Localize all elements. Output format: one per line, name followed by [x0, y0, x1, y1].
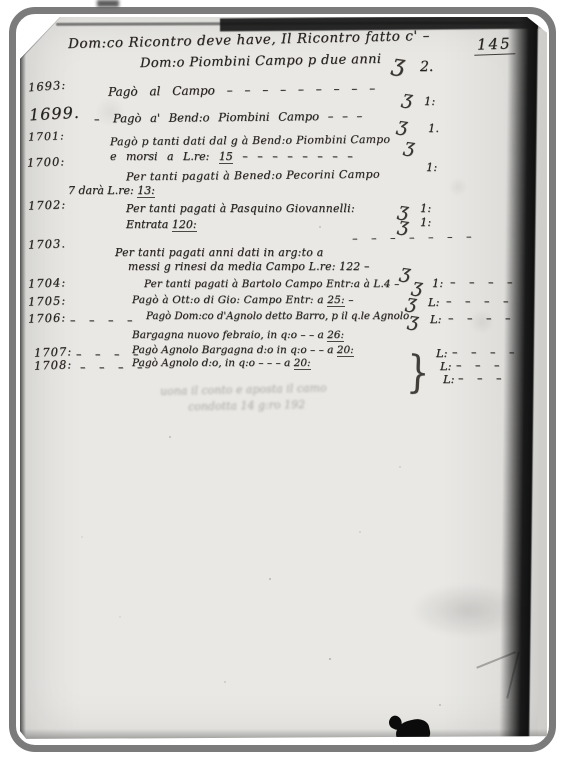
entry-text: Pagò à Ott:o di Gio: Campo Entr: a [132, 294, 327, 306]
entry-1702-line1: Per tanti pagati à Pasquino Giovannelli: [126, 202, 355, 215]
entry-dashes: – [345, 294, 354, 306]
amount-1702-b: 1: [420, 215, 431, 229]
top-edge-smudge [97, 0, 119, 7]
entry-text: Pagò Agnolo Bargagna d:o in q:o – – a [132, 344, 337, 356]
bleed-through-line-1: uona il conto e aposta il camo [160, 381, 327, 397]
year-1693: 1693: [28, 78, 67, 95]
entry-1700-line2: 7 darà L.re: 13: [68, 184, 155, 197]
entry-1703-line1: Per tanti pagati anni dati in arg:to a [115, 246, 324, 259]
year-1700: 1700: [27, 154, 66, 169]
dash-run-1707: – – – – [452, 346, 515, 359]
entry-1701-line1: Pagò p tanti dati dal g à Bend:o Piombin… [110, 133, 390, 148]
flourish: ʒ [396, 113, 410, 136]
dash-1707: – – – – [76, 348, 139, 361]
entry-1701-line2: e morsi a L.re: 15 – – – – – – – – [110, 150, 353, 163]
entry-1708: Pagò Agnolo d:o, in q:o – – – a 20: [132, 357, 311, 369]
entry-1700-line1: Per tanti pagati à Bened:o Pecorini Camp… [126, 168, 380, 184]
dash-run-1704: – – – – [450, 276, 513, 289]
dash-1699: – [94, 113, 100, 126]
entry-text: Bargagna nuovo febraio, in q:o – – a [132, 329, 327, 341]
year-1702: 1702: [28, 197, 67, 212]
underlined-amount: 120: [172, 218, 197, 232]
year-1699: 1699. [29, 103, 81, 125]
amount-1693: 1: [424, 94, 435, 108]
entry-1706-line1: Pagò Dom:co d'Agnolo detto Barro, p il q… [146, 311, 409, 322]
year-1706: 1706: [28, 310, 67, 325]
amount-1699: 1. [428, 121, 439, 135]
amount-1708-b: L: [443, 372, 455, 386]
amount-1705: L: [428, 295, 440, 309]
amount-1704: 1: [432, 276, 443, 290]
paper-smudge [410, 583, 525, 638]
year-1704: 1704: [28, 275, 67, 290]
amount-1706: L: [430, 312, 442, 326]
manuscript-page: 145 Dom:co Ricontro deve have, Il Ricont… [20, 17, 547, 739]
dash-run-1706: – – – – [448, 312, 511, 325]
entry-text: Entrata [126, 218, 172, 231]
entry-1706-line2: Bargagna nuovo febraio, in q:o – – a 26: [132, 329, 344, 341]
entry-text: Pagò Agnolo d:o, in q:o – – – a [132, 357, 294, 369]
underlined-amount: 25: [327, 294, 345, 307]
amount-1701: 1: [426, 160, 437, 174]
entry-1693: Pagò al Campo – – – – – – – – – [108, 81, 375, 99]
dash-run-1708-b: – – – [458, 372, 502, 385]
year-1703: 1703. [28, 236, 66, 251]
flourish: ʒ [399, 260, 413, 283]
year-1708: 1708: [34, 357, 73, 372]
amount-1708-a: L: [440, 359, 452, 373]
brace-flourish: } [406, 346, 431, 398]
dash-run-1708-a: – – – [456, 359, 500, 372]
entry-1704: Per tanti pagati à Bartolo Campo Entr:a … [144, 278, 400, 290]
header-line-2: Dom:o Piombini Campo p due anni [140, 52, 382, 71]
paper-left-edge [20, 17, 26, 739]
entry-dashes: – – – – – – – – [233, 150, 353, 163]
amount-1702-a: 1: [420, 201, 431, 215]
year-1705: 1705: [28, 293, 67, 308]
entry-1705: Pagò à Ott:o di Gio: Campo Entr: a 25: – [132, 294, 354, 306]
header-amount: 2. [420, 59, 433, 75]
dash-run-1705: – – – – [446, 295, 509, 308]
underlined-amount: 13: [137, 184, 155, 198]
year-1701: 1701: [28, 129, 65, 143]
flourish: ʒ [401, 86, 415, 109]
entry-1699: Pagò a' Bend:o Piombini Campo – – – [113, 109, 362, 126]
entry-text: e morsi a L.re: [110, 150, 219, 163]
underlined-amount: 20: [337, 344, 354, 357]
amount-1707: L: [436, 346, 448, 360]
flourish: ʒ [407, 308, 421, 331]
entry-1707: Pagò Agnolo Bargagna d:o in q:o – – a 20… [132, 344, 354, 356]
header-flourish: ʒ [390, 50, 406, 78]
page-number: 145 [474, 34, 515, 55]
entry-text: 7 darà L.re: [68, 184, 137, 197]
dash-1706: – – – – [70, 314, 133, 327]
underlined-amount: 20: [294, 357, 311, 370]
entry-1703-line2: messi g rinesi da media Campo L.re: 122 … [128, 260, 370, 273]
flourish: ʒ [403, 134, 417, 157]
dash-run-1703: – – – – – – – [352, 230, 472, 245]
scanned-document-view: 145 Dom:co Ricontro deve have, Il Ricont… [0, 0, 565, 760]
header-line-1: Dom:co Ricontro deve have, Il Ricontro f… [68, 28, 430, 52]
underlined-amount: 26: [327, 329, 344, 342]
paper-right-sliver [538, 17, 547, 739]
entry-1702-line2: Entrata 120: [126, 218, 197, 231]
bleed-through-line-2: condotta 14 g:ro 192 [188, 398, 305, 413]
underlined-amount: 15 [219, 150, 233, 164]
